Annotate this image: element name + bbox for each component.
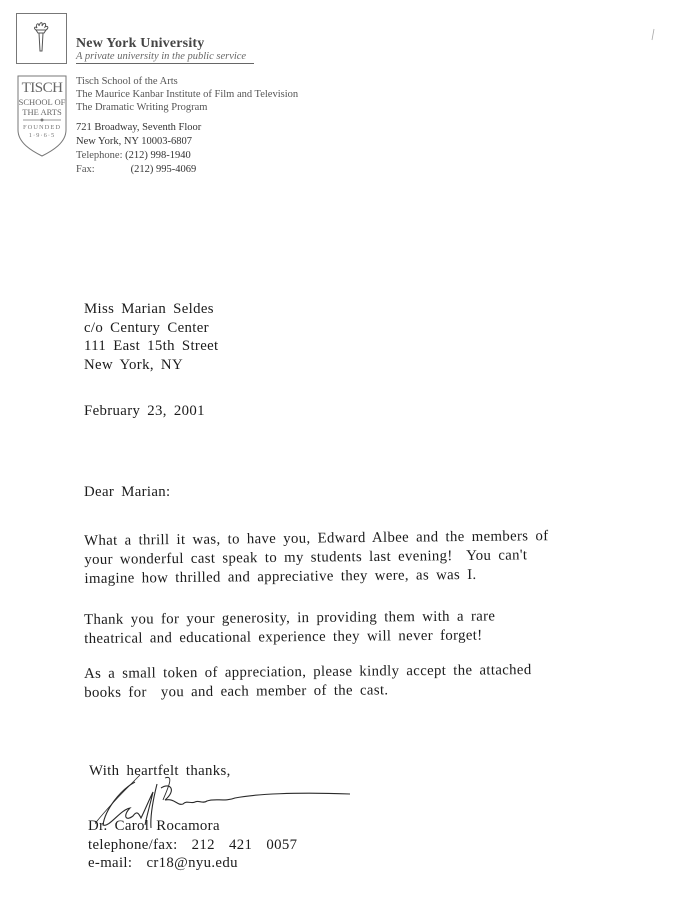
signer-email: e-mail: cr18@nyu.edu [88, 854, 297, 873]
telephone-number: (212) 998-1940 [125, 150, 191, 161]
salutation: Dear Marian: [84, 484, 171, 501]
paragraph-3: As a small token of appreciation, please… [84, 660, 684, 703]
university-name: New York University [76, 36, 205, 52]
scan-mark [650, 28, 656, 42]
letter-date: February 23, 2001 [84, 403, 205, 420]
university-tagline: A private university in the public servi… [76, 51, 254, 64]
recipient-care-of: c/o Century Center [84, 319, 219, 338]
department-kanbar: The Maurice Kanbar Institute of Film and… [76, 88, 298, 102]
signer-phone: telephone/fax: 212 421 0057 [88, 836, 297, 855]
shield-text-school: SCHOOL OF [17, 97, 67, 107]
fax-line: Fax: (212) 995-4069 [76, 163, 196, 177]
torch-icon [17, 14, 66, 63]
tisch-shield-logo: TISCH SCHOOL OF THE ARTS FOUNDED 1·9·6·5 [17, 75, 67, 157]
paragraph-line: books for you and each member of the cas… [84, 679, 684, 703]
paragraph-1: What a thrill it was, to have you, Edwar… [84, 526, 685, 589]
department-writing: The Dramatic Writing Program [76, 101, 207, 115]
nyu-torch-logo [16, 13, 67, 64]
fax-number: (212) 995-4069 [131, 164, 197, 175]
shield-text-arts: THE ARTS [17, 107, 67, 117]
recipient-city: New York, NY [84, 356, 219, 375]
recipient-name: Miss Marian Seldes [84, 300, 219, 319]
signer-name: Dr. Carol Rocamora [88, 817, 297, 836]
shield-text-year: 1·9·6·5 [17, 132, 67, 139]
recipient-street: 111 East 15th Street [84, 337, 219, 356]
recipient-address: Miss Marian Seldes c/o Century Center 11… [84, 300, 219, 374]
address-street: 721 Broadway, Seventh Floor [76, 121, 201, 135]
telephone-label: Telephone: [76, 150, 123, 161]
paragraph-2: Thank you for your generosity, in provid… [84, 606, 684, 649]
shield-text-founded: FOUNDED [17, 124, 67, 131]
address-city: New York, NY 10003-6807 [76, 135, 192, 149]
paragraph-line: theatrical and educational experience th… [84, 625, 684, 649]
shield-text-tisch: TISCH [17, 80, 67, 97]
signature-block: Dr. Carol Rocamora telephone/fax: 212 42… [88, 817, 297, 873]
telephone-line: Telephone: (212) 998-1940 [76, 149, 191, 163]
fax-label: Fax: [76, 163, 128, 177]
department-tisch: Tisch School of the Arts [76, 75, 178, 89]
